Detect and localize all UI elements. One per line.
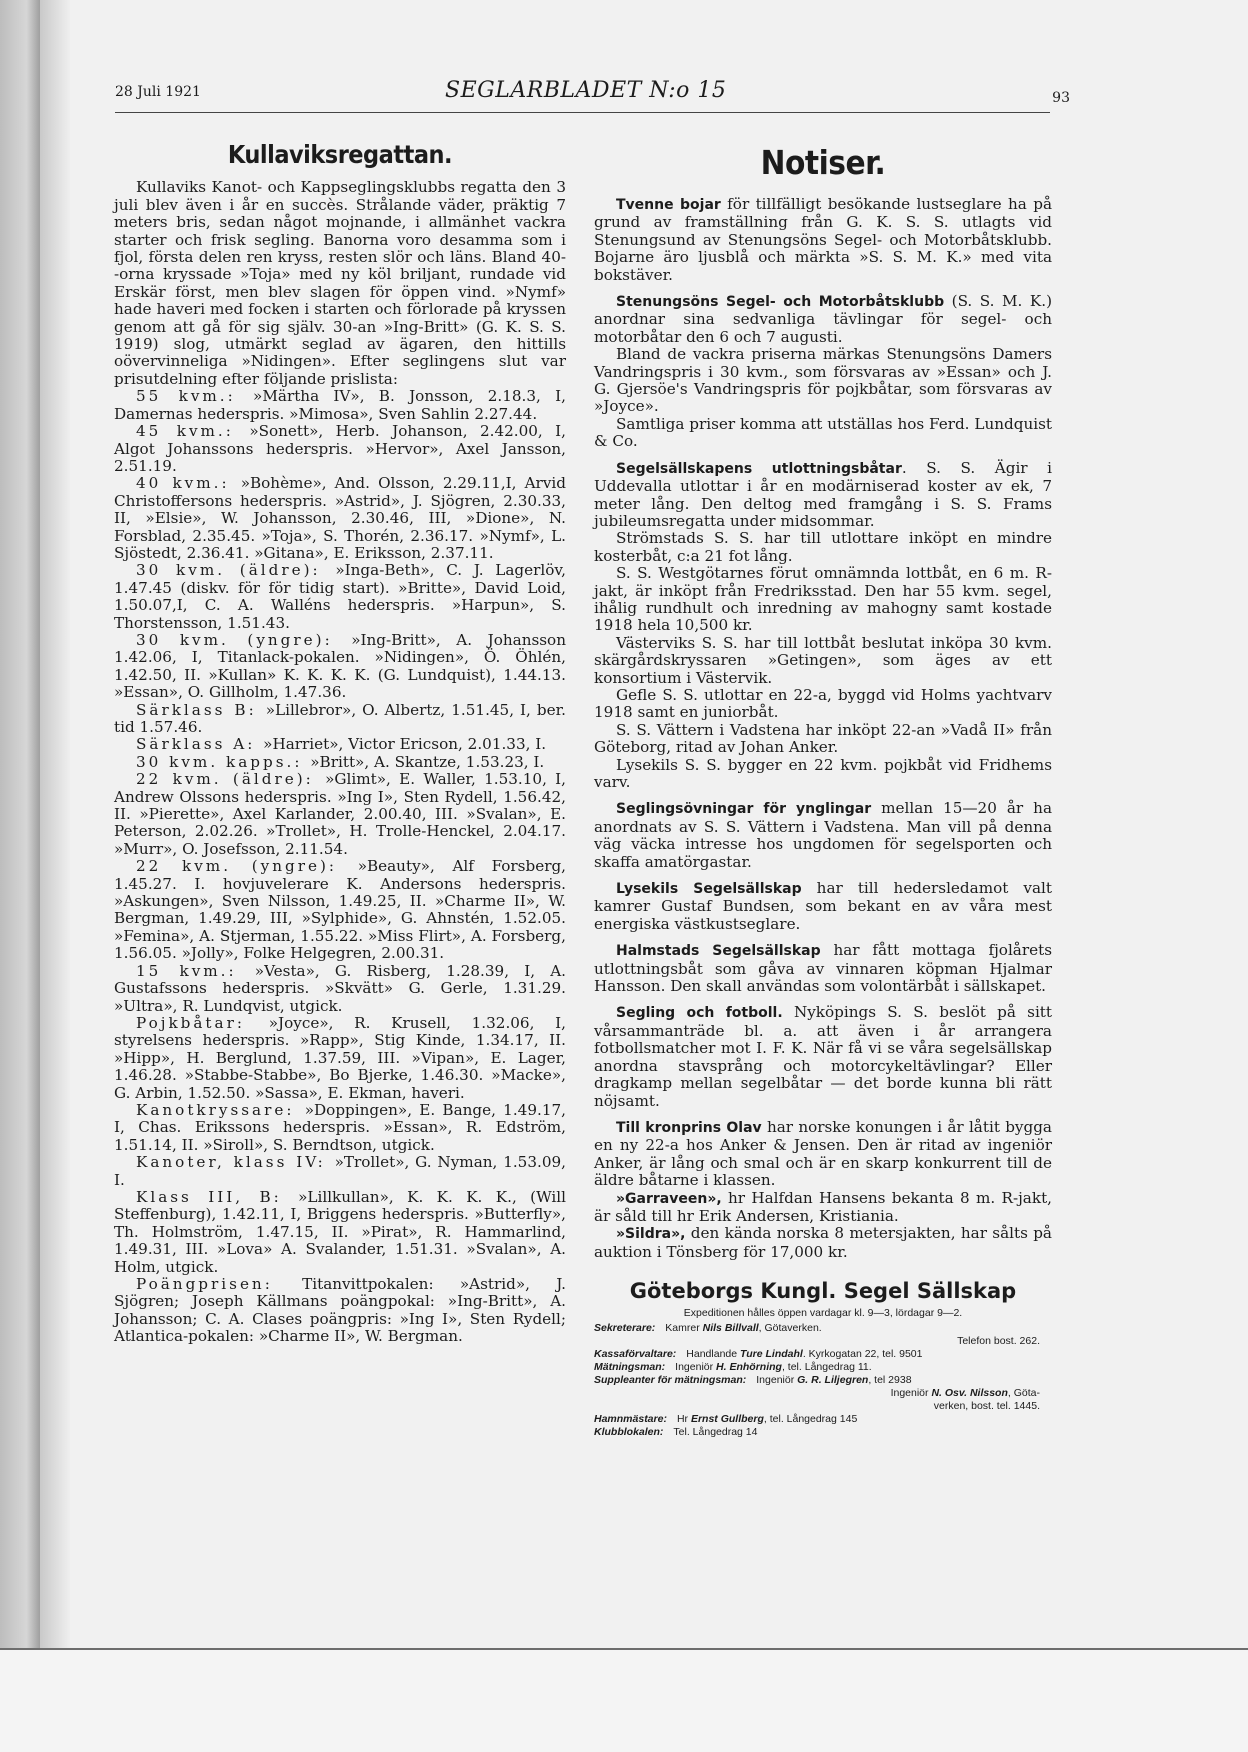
notice-lead: »Sildra», [616, 1226, 685, 1242]
officer-name: N. Osv. Nilsson [931, 1387, 1007, 1399]
notice-text: Lysekils S. S. bygger en 22 kvm. pojkbåt… [594, 756, 1052, 791]
publication-title: SEGLARBLADET N:o 15 [445, 78, 726, 103]
notice-item: S. S. Westgötarnes förut omnämnda lottbå… [594, 565, 1052, 635]
result-entry: Kanoter, klass IV: »Trollet», G. Nyman, … [114, 1154, 566, 1189]
officer-role: Suppleanter för mätningsman: [594, 1374, 746, 1386]
officer-row: Hamnmästare:Hr Ernst Gullberg, tel. Lång… [594, 1413, 1052, 1426]
notice-item: Västerviks S. S. har till lottbåt beslut… [594, 635, 1052, 687]
result-entry: Pojkbåtar: »Joyce», R. Krusell, 1.32.06,… [114, 1015, 566, 1102]
notice-item: Stenungsöns Segel- och Motorbåtsklubb (S… [594, 293, 1052, 346]
notice-item: Gefle S. S. utlottar en 22-a, byggd vid … [594, 687, 1052, 722]
officer-name: Ture Lindahl [740, 1348, 803, 1360]
notice-lead: »Garraveen», [616, 1191, 722, 1207]
officer-row: Sekreterare:Kamrer Nils Billvall, Götave… [594, 1322, 1052, 1335]
result-entry: 22 kvm. (yngre): »Beauty», Alf Forsberg,… [114, 858, 566, 962]
notice-item: Lysekils S. S. bygger en 22 kvm. pojkbåt… [594, 757, 1052, 792]
result-text: »Harriet», Victor Ericson, 2.01.33, I. [263, 735, 546, 753]
officer-row: Klubblokalen:Tel. Långedrag 14 [594, 1426, 1052, 1439]
result-entry: 45 kvm.: »Sonett», Herb. Johanson, 2.42.… [114, 423, 566, 475]
notice-lead: Segling och fotboll. [616, 1005, 783, 1021]
page-gutter-shadow [40, 0, 70, 1752]
club-officers-list: Sekreterare:Kamrer Nils Billvall, Götave… [594, 1322, 1052, 1439]
notice-text: Västerviks S. S. har till lottbåt beslut… [594, 634, 1052, 687]
notice-item: Bland de vackra priserna märkas Stenungs… [594, 346, 1052, 416]
notices-section: Notiser. Tvenne bojar för tillfälligt be… [594, 146, 1052, 1439]
result-entry: Kanotkryssare: »Doppingen», E. Bange, 1.… [114, 1102, 566, 1154]
notice-item: Tvenne bojar för tillfälligt besökande l… [594, 196, 1052, 284]
officer-role: Mätningsman: [594, 1361, 665, 1373]
result-entry: Klass III, B: »Lillkullan», K. K. K. K.,… [114, 1189, 566, 1276]
result-entry: Poängprisen: Titanvittpokalen: »Astrid»,… [114, 1276, 566, 1346]
issue-date: 28 Juli 1921 [115, 84, 201, 100]
result-entry: 15 kvm.: »Vesta», G. Risberg, 1.28.39, I… [114, 963, 566, 1015]
boat-class: 30 kvm. (äldre): [136, 561, 335, 579]
book-binding-edge [0, 0, 44, 1752]
officer-role: Kassaförvaltare: [594, 1348, 676, 1360]
article-headline: Kullaviksregattan. [114, 146, 566, 163]
club-office-hours: Expeditionen hålles öppen vardagar kl. 9… [594, 1305, 1052, 1322]
notice-lead: Seglingsövningar för ynglingar [616, 801, 871, 817]
boat-class: Klass III, B: [136, 1188, 298, 1206]
result-entry: 40 kvm.: »Bohème», And. Olsson, 2.29.11,… [114, 475, 566, 562]
notices-headline: Notiser. [594, 146, 1052, 180]
result-entry: 30 kvm. (äldre): »Inga-Beth», C. J. Lage… [114, 562, 566, 632]
officer-role: Klubblokalen: [594, 1426, 663, 1438]
boat-class: 22 kvm. (äldre): [136, 770, 325, 788]
notice-text: S. S. Westgötarnes förut omnämnda lottbå… [594, 564, 1052, 634]
page-number: 93 [1052, 90, 1070, 106]
results-list: 55 kvm.: »Märtha IV», B. Jonsson, 2.18.3… [114, 388, 566, 1345]
notice-text: S. S. Vättern i Vadstena har inköpt 22-a… [594, 721, 1052, 756]
boat-class: 55 kvm.: [136, 387, 253, 405]
notice-lead: Segelsällskapens utlottningsbåtar [616, 461, 902, 477]
officer-row: Telefon bost. 262. [594, 1335, 1052, 1348]
notice-item: Segling och fotboll. Nyköpings S. S. bes… [594, 1004, 1052, 1109]
officer-name: Ernst Gullberg [691, 1413, 764, 1425]
page-below-edge [0, 1648, 1248, 1752]
boat-class: Särklass A: [136, 735, 263, 753]
notice-item: Lysekils Segelsällskap har till hedersle… [594, 880, 1052, 933]
boat-class: 45 kvm.: [136, 422, 249, 440]
result-entry: 30 kvm. (yngre): »Ing-Britt», A. Johanss… [114, 632, 566, 702]
boat-class: Kanoter, klass IV: [136, 1153, 335, 1171]
officer-row: Ingeniör N. Osv. Nilsson, Göta- [594, 1387, 1052, 1400]
officer-row: verken, bost. tel. 1445. [594, 1400, 1052, 1413]
officer-name: Nils Billvall [703, 1322, 759, 1334]
result-entry: 30 kvm. kapps.: »Britt», A. Skantze, 1.5… [114, 754, 566, 771]
running-head: 28 Juli 1921 SEGLARBLADET N:o 15 93 [115, 84, 1050, 113]
notice-text: Strömstads S. S. har till utlottare inkö… [594, 529, 1052, 564]
officer-row: Kassaförvaltare:Handlande Ture Lindahl. … [594, 1348, 1052, 1361]
notice-text: Samtliga priser komma att utställas hos … [594, 415, 1052, 450]
notice-lead: Stenungsöns Segel- och Motorbåtsklubb [616, 294, 944, 310]
officer-role: Sekreterare: [594, 1322, 655, 1334]
notice-text: Bland de vackra priserna märkas Stenungs… [594, 345, 1052, 415]
notice-item: Samtliga priser komma att utställas hos … [594, 416, 1052, 451]
boat-class: Pojkbåtar: [136, 1014, 269, 1032]
result-entry: Särklass A: »Harriet», Victor Ericson, 2… [114, 736, 566, 753]
notice-item: »Garraveen», hr Halfdan Hansens bekanta … [594, 1190, 1052, 1226]
notice-item: S. S. Vättern i Vadstena har inköpt 22-a… [594, 722, 1052, 757]
result-entry: 55 kvm.: »Märtha IV», B. Jonsson, 2.18.3… [114, 388, 566, 423]
officer-role: Hamnmästare: [594, 1413, 667, 1425]
boat-class: 30 kvm. kapps.: [136, 753, 310, 771]
article-intro: Kullaviks Kanot- och Kappseglingsklubbs … [114, 179, 566, 388]
boat-class: 30 kvm. (yngre): [136, 631, 351, 649]
boat-class: 22 kvm. (yngre): [136, 857, 358, 875]
result-text: »Britt», A. Skantze, 1.53.23, I. [310, 753, 544, 771]
article-kullaviksregattan: Kullaviksregattan. Kullaviks Kanot- och … [114, 146, 566, 1346]
notice-item: Till kronprins Olav har norske konungen … [594, 1119, 1052, 1190]
officer-name: H. Enhörning [716, 1361, 782, 1373]
notice-lead: Lysekils Segelsällskap [616, 881, 802, 897]
result-entry: Särklass B: »Lillebror», O. Albertz, 1.5… [114, 702, 566, 737]
result-entry: 22 kvm. (äldre): »Glimt», E. Waller, 1.5… [114, 771, 566, 858]
boat-class: Kanotkryssare: [136, 1101, 305, 1119]
officer-name: G. R. Liljegren [797, 1374, 868, 1386]
boat-class: Särklass B: [136, 701, 266, 719]
officer-row: Mätningsman:Ingeniör H. Enhörning, tel. … [594, 1361, 1052, 1374]
notice-lead: Halmstads Segelsällskap [616, 943, 821, 959]
notice-item: Segelsällskapens utlottningsbåtar. S. S.… [594, 460, 1052, 531]
notice-text: Gefle S. S. utlottar en 22-a, byggd vid … [594, 686, 1052, 721]
notices-list: Tvenne bojar för tillfälligt besökande l… [594, 196, 1052, 1261]
notice-item: Halmstads Segelsällskap har fått mottaga… [594, 942, 1052, 995]
boat-class: 15 kvm.: [136, 962, 255, 980]
club-notice-title: Göteborgs Kungl. Segel Sällskap [594, 1283, 1052, 1300]
notice-item: »Sildra», den kända norska 8 metersjakte… [594, 1225, 1052, 1261]
officer-row: Suppleanter för mätningsman:Ingeniör G. … [594, 1374, 1052, 1387]
notice-item: Strömstads S. S. har till utlottare inkö… [594, 530, 1052, 565]
notice-item: Seglingsövningar för ynglingar mellan 15… [594, 800, 1052, 871]
boat-class: Poängprisen: [136, 1275, 302, 1293]
notice-lead: Tvenne bojar [616, 197, 721, 213]
boat-class: 40 kvm.: [136, 474, 241, 492]
notice-lead: Till kronprins Olav [616, 1120, 762, 1136]
